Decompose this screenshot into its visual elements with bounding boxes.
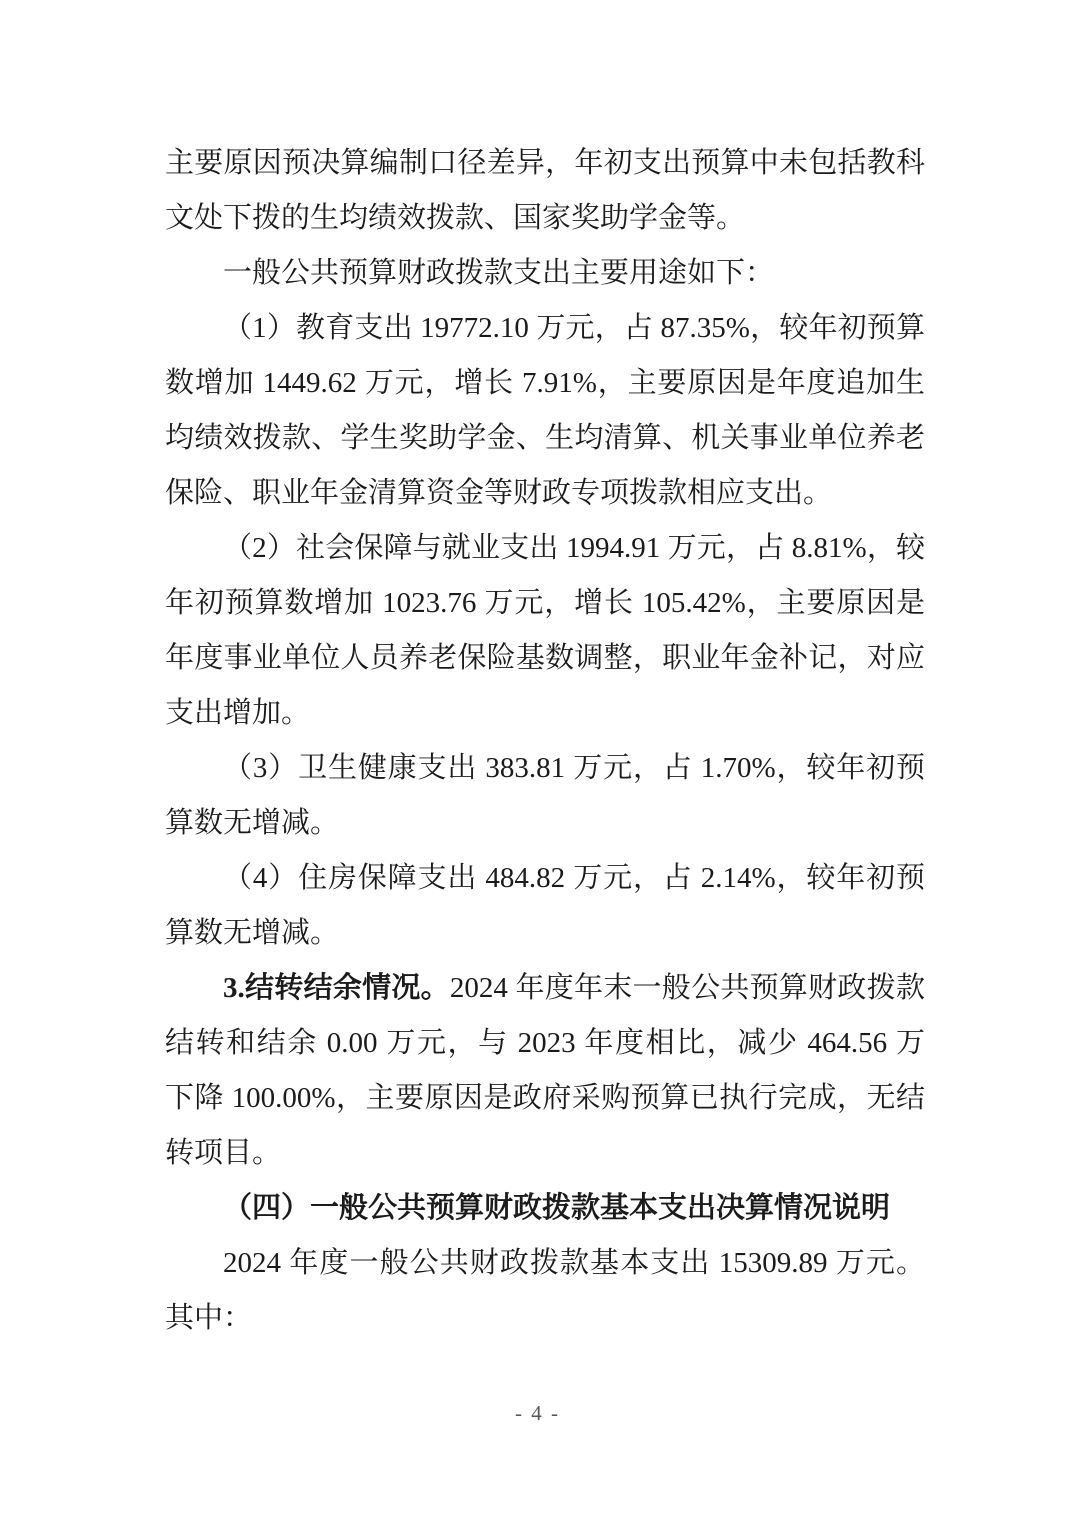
body-line-item-4: （4）住房保障支出 484.82 万元，占 2.14%，较年初预 [165, 851, 925, 906]
body-line: 一般公共预算财政拨款支出主要用途如下： [165, 246, 925, 301]
document-page: 主要原因预决算编制口径差异，年初支出预算中未包括教科 文处下拨的生均绩效拨款、国… [0, 0, 1075, 1520]
body-line: 结转和结余 0.00 万元，与 2023 年度相比，减少 464.56 万元， [165, 1016, 925, 1071]
body-line: 主要原因预决算编制口径差异，年初支出预算中未包括教科 [165, 136, 925, 191]
document-body: 主要原因预决算编制口径差异，年初支出预算中未包括教科 文处下拨的生均绩效拨款、国… [165, 136, 925, 1346]
body-line-item-1: （1）教育支出 19772.10 万元，占 87.35%，较年初预算 [165, 301, 925, 356]
body-line: 年度事业单位人员养老保险基数调整，职业年金补记，对应 [165, 631, 925, 686]
body-line: 文处下拨的生均绩效拨款、国家奖助学金等。 [165, 191, 925, 246]
body-line: 保险、职业年金清算资金等财政专项拨款相应支出。 [165, 466, 925, 521]
body-line: 支出增加。 [165, 686, 925, 741]
body-line-section-3: 3.结转结余情况。2024 年度年末一般公共预算财政拨款 [165, 961, 925, 1016]
body-line: 2024 年度一般公共财政拨款基本支出 15309.89 万元。 [165, 1236, 925, 1291]
body-line: 转项目。 [165, 1126, 925, 1181]
body-line: 数增加 1449.62 万元，增长 7.91%，主要原因是年度追加生 [165, 356, 925, 411]
body-line: 年初预算数增加 1023.76 万元，增长 105.42%，主要原因是 [165, 576, 925, 631]
body-line: 算数无增减。 [165, 796, 925, 851]
page-number: - 4 - [515, 1401, 560, 1425]
body-line: 其中： [165, 1291, 925, 1346]
page-footer: - 4 - [0, 1398, 1075, 1428]
body-line-item-3: （3）卫生健康支出 383.81 万元，占 1.70%，较年初预 [165, 741, 925, 796]
section-3-text: 2024 年度年末一般公共预算财政拨款 [450, 972, 925, 1004]
body-line: 均绩效拨款、学生奖助学金、生均清算、机关事业单位养老 [165, 411, 925, 466]
body-line: 算数无增减。 [165, 906, 925, 961]
body-line-item-2: （2）社会保障与就业支出 1994.91 万元，占 8.81%，较 [165, 521, 925, 576]
section-4-heading: （四）一般公共预算财政拨款基本支出决算情况说明 [165, 1181, 925, 1236]
section-3-heading: 3.结转结余情况。 [223, 972, 450, 1004]
body-line: 下降 100.00%，主要原因是政府采购预算已执行完成，无结 [165, 1071, 925, 1126]
